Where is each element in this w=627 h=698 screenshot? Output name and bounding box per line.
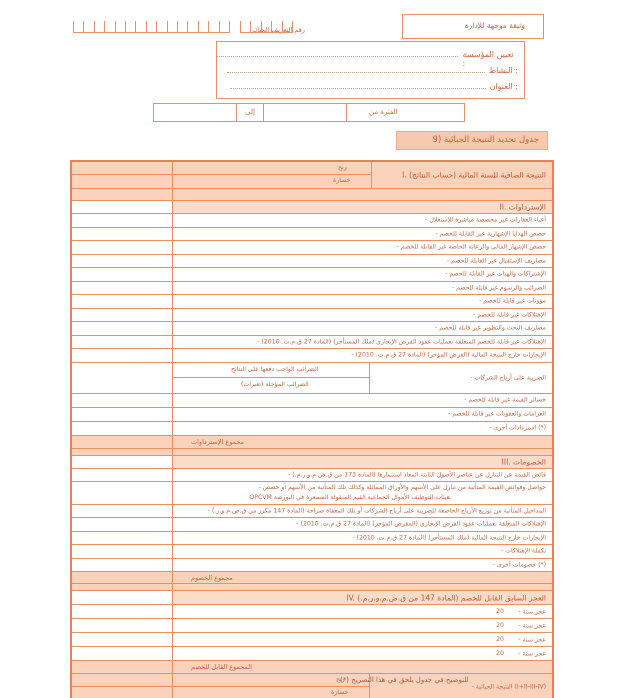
reintegration-row: - استردادات أخرى (*) <box>72 421 552 435</box>
period-to-label: إلى <box>245 108 255 116</box>
reintegration-value[interactable] <box>72 394 173 407</box>
period-from-label-cell: الفترة من <box>346 104 464 121</box>
prior-deficit-row: - عجز سنة20 <box>72 604 552 618</box>
prior-deficit-label: - عجز سنة <box>518 650 546 657</box>
reintegration-value[interactable] <box>72 422 173 435</box>
deduction-row: - الإهتلاكات المتعلقة بعمليات عقود القرض… <box>72 517 552 531</box>
tax-id-cell-divider <box>229 21 230 32</box>
reintegration-row: - أعباء العقارات غير مخصصة مباشرة للإستغ… <box>72 213 552 227</box>
reintegration-label: - الغرامات والعقوبات غير قابلة للخصم <box>448 411 546 418</box>
prior-deficit-year: 20 <box>496 608 504 615</box>
tax-id-cell-divider <box>135 21 136 32</box>
reintegration-value[interactable] <box>72 241 173 254</box>
period-from-label: الفترة من <box>369 108 398 116</box>
section-1-loss-label: خسارة <box>333 177 350 184</box>
tax-id-cell-divider <box>73 21 74 32</box>
reintegration-value[interactable] <box>72 295 173 308</box>
reintegration-row: - الغرامات والعقوبات غير قابلة للخصم <box>72 407 552 421</box>
reintegration-row: - الإهتلاكات غير قابلة للخصم <box>72 308 552 322</box>
section-title: 9) جدول تحديد النتيجة الجبائية <box>433 135 539 145</box>
section-4-header: IV. العجز السابق القابل للخصم (المادة 14… <box>72 590 552 604</box>
reintegration-label: - الإهتلاكات غير قابلة للخصم <box>473 311 546 318</box>
prior-deficit-year: 20 <box>496 650 504 657</box>
spacer-row <box>72 448 552 455</box>
deduction-row: - المداخيل المتأتية من توزيع الأرباح الخ… <box>72 504 552 518</box>
prior-deficit-year: 20 <box>496 636 504 643</box>
admin-document-label: وثيقة موجهة للإدارة <box>465 21 525 30</box>
tax-id-cell-divider <box>115 21 116 32</box>
tax-id-cell-divider <box>219 21 220 32</box>
period-to-label-cell: إلى <box>236 104 263 121</box>
reintegration-label: - مصاريف الإستقبال غير القابلة للخصم <box>447 257 546 264</box>
reintegration-row: - حصص الإشهار المالي والرعاية الخاصة غير… <box>72 240 552 254</box>
activity-field[interactable]: النشاط : <box>227 66 518 75</box>
deduction-value[interactable] <box>72 505 173 518</box>
reintegration-label: - حصص الإشهار المالي والرعاية الخاصة غير… <box>397 244 546 251</box>
address-field[interactable]: العنوان : <box>230 82 518 91</box>
tax-id-cell-divider <box>94 21 95 32</box>
fiscal-result-title: - النتيجة الجبائية (I+II-III-IV) <box>472 684 546 691</box>
deduction-row: - الإيجارات خارج النتيجة المالية (ملك ال… <box>72 531 552 545</box>
section-2-title: II. الإسترداوات <box>500 203 546 212</box>
prior-deficit-row: - عجز سنة20 <box>72 618 552 632</box>
prior-deficit-year: 20 <box>496 622 504 629</box>
reintegration-value[interactable] <box>72 349 173 362</box>
prior-deficit-label: - عجز سنة <box>518 608 546 615</box>
deduction-label: - خصومات أخرى (*) <box>493 561 546 568</box>
reintegration-value[interactable] <box>72 228 173 241</box>
reintegration-row: - خسائر القيمة غير قابلة للخصم <box>72 393 552 407</box>
reintegration-label: - الإهتلاكات غير قابلة للخصم المتعلقة بع… <box>257 338 546 345</box>
reintegration-row: - الضرائب والرسوم غير قابلة للخصم <box>72 281 552 295</box>
section-1-title: I. النتيجة الصافية للسنة المالية (حساب ا… <box>402 171 546 180</box>
tax-id-cell-divider <box>282 21 283 32</box>
section-2-total-row: مجموع الإسترداوات <box>72 435 552 448</box>
spacer-row <box>72 188 552 200</box>
section-1-profit-label: ربح <box>338 164 347 171</box>
deduction-row: - خصومات أخرى (*) <box>72 558 552 572</box>
fiscal-result-value-cells[interactable] <box>72 674 173 698</box>
fiscal-result-table: ربح خسارة I. النتيجة الصافية للسنة المال… <box>70 160 554 698</box>
reintegration-value[interactable] <box>72 322 173 335</box>
tax-id-cell-divider <box>156 21 157 32</box>
deduction-value[interactable] <box>72 545 173 558</box>
deduction-label: - المداخيل المتأتية من توزيع الأرباح الخ… <box>208 507 546 514</box>
tax-deferred-label: الضرائب المؤجلة (تغيرات) <box>241 381 309 388</box>
section-1-row: ربح خسارة I. النتيجة الصافية للسنة المال… <box>72 162 552 188</box>
deduction-row: - تكملة الإهتلاكات <box>72 544 552 558</box>
corporate-tax-row: الضرائب الواجب دفعها على النتائج الضرائب… <box>72 362 552 393</box>
fiscal-result-row: ربح خسارة - النتيجة الجبائية (I+II-III-I… <box>72 673 552 698</box>
reintegration-label: - الإشتراكات والهبات غير القابلة للخصم <box>445 271 546 278</box>
deduction-label-cont: OPCVM هيئات التوظيف الأموال الجماعية الق… <box>249 494 452 501</box>
spacer-row <box>72 583 552 590</box>
deduction-value[interactable] <box>72 559 173 572</box>
tax-id-cell-divider <box>104 21 105 32</box>
tax-id-cell-divider <box>198 21 199 32</box>
fiscal-loss-label: خسارة <box>331 689 348 696</box>
deduction-row: - حواصل وفوائض القيمة المتأتية من تنازل … <box>72 481 552 504</box>
section-2-header: II. الإسترداوات <box>72 200 552 213</box>
prior-deficit-label: - عجز سنة <box>518 636 546 643</box>
tax-id-field-group-2[interactable] <box>240 20 293 33</box>
tax-id-cell-divider <box>177 21 178 32</box>
reintegration-label: - مؤونات غير قابلة للخصم <box>479 298 546 305</box>
tax-id-cell-divider <box>208 21 209 32</box>
company-info-box: تعيين المؤسسة : النشاط : العنوان : <box>216 41 525 99</box>
deduction-label: - الإيجارات خارج النتيجة المالية (ملك ال… <box>352 534 546 541</box>
reintegration-label: - أعباء العقارات غير مخصصة مباشرة للإستغ… <box>425 217 546 224</box>
section-3-title: III. الخصومات <box>502 457 546 466</box>
section-1-value-cells[interactable] <box>72 162 173 188</box>
reintegration-value[interactable] <box>72 255 173 268</box>
reintegration-row: - الإشتراكات والهبات غير القابلة للخصم <box>72 267 552 281</box>
corporate-tax-value[interactable] <box>72 363 173 393</box>
corporate-tax-label: - الضريبة على أرباح الشركات <box>470 374 546 381</box>
reintegration-value[interactable] <box>72 214 173 227</box>
tax-id-cell-divider <box>261 21 262 32</box>
prior-deficit-value[interactable] <box>72 619 173 632</box>
tax-id-field-group-1[interactable] <box>73 20 230 33</box>
prior-deficit-label: - عجز سنة <box>518 622 546 629</box>
section-title-box: 9) جدول تحديد النتيجة الجبائية <box>396 131 548 150</box>
reintegration-label: - استردادات أخرى (*) <box>489 425 546 432</box>
deduction-label: - فائض القيمة عن التنازل عن عناصر الأصول… <box>288 471 546 478</box>
section-4-total-label: المجموع القابل للخصم <box>191 663 252 671</box>
reintegration-row: - مصاريف البحث والتطوير غير قابلة للخصم <box>72 321 552 335</box>
reintegration-value[interactable] <box>72 336 173 349</box>
deduction-label: - حواصل وفوائض القيمة المتأتية من تنازل … <box>258 484 546 491</box>
footnote: (*) للتوضيح في جدول يلحق في هذا التصريح <box>340 676 469 684</box>
tax-id-cell-divider <box>250 21 251 32</box>
reintegration-row: - الإيجارات خارج النتيجة المالية (القرض … <box>72 348 552 362</box>
section-4-total-row: المجموع القابل للخصم <box>72 660 552 673</box>
tax-id-cell-divider <box>167 21 168 32</box>
prior-deficit-row: - عجز سنة20 <box>72 646 552 660</box>
prior-deficit-value[interactable] <box>72 605 173 618</box>
section-4-title: IV. العجز السابق القابل للخصم (المادة 14… <box>346 593 546 602</box>
deduction-value[interactable] <box>72 469 173 481</box>
reintegration-label: - مصاريف البحث والتطوير غير قابلة للخصم <box>435 325 546 332</box>
tax-id-cell-divider <box>125 21 126 32</box>
tax-id-cell-divider <box>83 21 84 32</box>
prior-deficit-value[interactable] <box>72 647 173 660</box>
reintegration-value[interactable] <box>72 282 173 295</box>
reintegration-value[interactable] <box>72 268 173 281</box>
tax-due-label: الضرائب الواجب دفعها على النتائج <box>231 366 318 373</box>
reintegration-row: - مصاريف الإستقبال غير القابلة للخصم <box>72 254 552 268</box>
deduction-label: - تكملة الإهتلاكات <box>501 548 546 555</box>
section-3-total-label: مجموع الخصوم <box>191 574 233 582</box>
section-2-total-label: مجموع الإسترداوات <box>191 438 244 446</box>
tax-id-cell-divider <box>187 21 188 32</box>
reintegration-label: - حصص الهدايا الإشهارية غير القابلة للخص… <box>435 230 546 237</box>
period-row: إلى الفترة من <box>153 103 465 122</box>
prior-deficit-row: - عجز سنة20 <box>72 632 552 646</box>
period-from-input[interactable] <box>263 104 346 121</box>
activity-label: النشاط : <box>489 66 518 75</box>
reintegration-value[interactable] <box>72 408 173 421</box>
tax-id-cell-divider <box>146 21 147 32</box>
tax-id-cell-divider <box>271 21 272 32</box>
section-3-total-row: مجموع الخصوم <box>72 571 552 583</box>
deduction-value[interactable] <box>72 482 173 504</box>
reintegration-label: - خسائر القيمة غير قابلة للخصم <box>464 397 546 404</box>
section-3-total-value[interactable] <box>72 572 173 583</box>
tax-id-cell-divider <box>292 21 293 32</box>
deduction-value[interactable] <box>72 532 173 545</box>
period-to-input[interactable] <box>154 104 236 121</box>
reintegration-row: - الإهتلاكات غير قابلة للخصم المتعلقة بع… <box>72 335 552 349</box>
reintegration-label: - الضرائب والرسوم غير قابلة للخصم <box>452 284 546 291</box>
admin-document-box: وثيقة موجهة للإدارة <box>402 14 544 39</box>
deduction-label: - الإهتلاكات المتعلقة بعمليات عقود القرض… <box>296 521 546 528</box>
section-4-total-value[interactable] <box>72 661 173 673</box>
address-label: العنوان : <box>490 82 518 91</box>
reintegration-row: - مؤونات غير قابلة للخصم <box>72 294 552 308</box>
deduction-row: - فائض القيمة عن التنازل عن عناصر الأصول… <box>72 468 552 481</box>
tax-id-cell-divider <box>240 21 241 32</box>
prior-deficit-value[interactable] <box>72 633 173 646</box>
reintegration-label: - الإيجارات خارج النتيجة المالية (القرض … <box>351 352 546 359</box>
reintegration-row: - حصص الهدايا الإشهارية غير القابلة للخص… <box>72 227 552 241</box>
deduction-value[interactable] <box>72 518 173 531</box>
section-2-total-value[interactable] <box>72 436 173 448</box>
section-3-header: III. الخصومات <box>72 455 552 468</box>
reintegration-value[interactable] <box>72 309 173 322</box>
